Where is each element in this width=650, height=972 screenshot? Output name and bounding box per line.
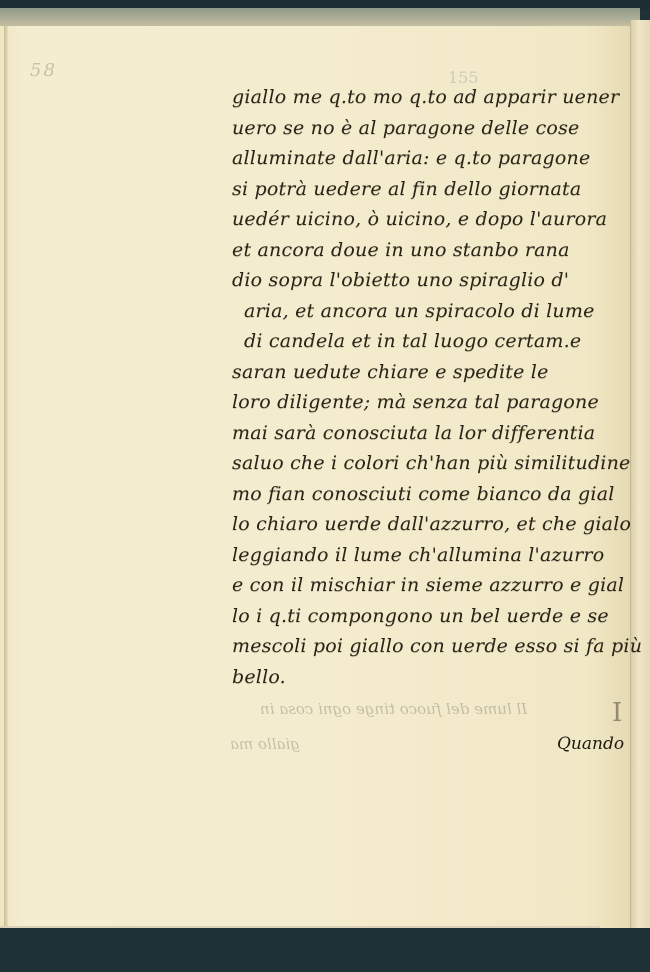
text-line: saran uedute chiare e spedite le (232, 357, 632, 388)
manuscript-text-body: giallo me q.to mo q.to ad apparir uener … (232, 82, 632, 692)
section-mark: I (612, 698, 622, 728)
bleed-through-text: giallo ma (230, 735, 300, 753)
page-right-spine (630, 20, 650, 950)
text-line: di candela et in tal luogo certam.e (232, 326, 632, 357)
text-line: saluo che i colori ch'han più similitudi… (232, 448, 632, 479)
catchword: Quando (557, 734, 624, 754)
text-line: mo fian conosciuti come bianco da gial (232, 479, 632, 510)
scanner-background-bottom (0, 928, 650, 972)
text-line: dio sopra l'obietto uno spiraglio d' (232, 265, 632, 296)
text-line: leggiando il lume ch'allumina l'azurro (232, 540, 632, 571)
text-line: lo chiaro uerde dall'azzurro, et che gia… (232, 509, 632, 540)
text-line: lo i q.ti compongono un bel uerde e se (232, 601, 632, 632)
text-line: et ancora doue in uno stanbo rana (232, 235, 632, 266)
folio-number-ghost: 58 (30, 60, 57, 81)
text-line: si potrà uedere al fin dello giornata (232, 174, 632, 205)
text-line: e con il mischiar in sieme azzurro e gia… (232, 570, 632, 601)
text-line: uero se no è al paragone delle cose (232, 113, 632, 144)
text-line: giallo me q.to mo q.to ad apparir uener (232, 82, 632, 113)
text-line: bello. (232, 662, 632, 693)
bleed-through-text: Il lume del fuoco tinge ogni cosa in (260, 700, 527, 718)
text-line: mescoli poi giallo con uerde esso si fa … (232, 631, 632, 662)
text-line: aria, et ancora un spiracolo di lume (232, 296, 632, 327)
text-line: uedér uicino, ò uicino, e dopo l'aurora (232, 204, 632, 235)
text-line: alluminate dall'aria: e q.to paragone (232, 143, 632, 174)
text-line: mai sarà conosciuta la lor differentia (232, 418, 632, 449)
text-line: loro diligente; mà senza tal paragone (232, 387, 632, 418)
page-left-binding-edge (4, 26, 8, 926)
